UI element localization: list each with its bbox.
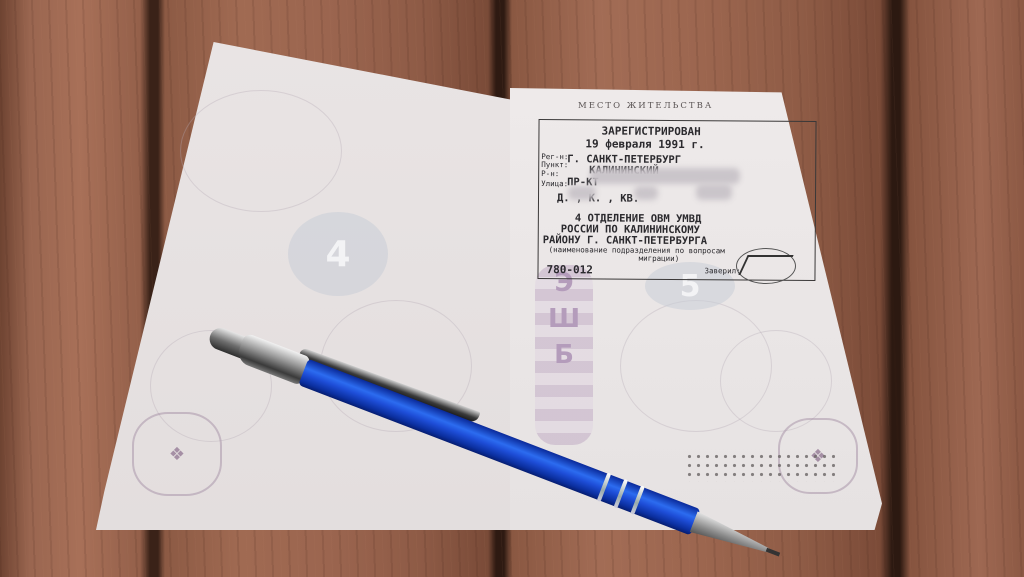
section-title: МЕСТО ЖИТЕЛЬСТВА: [578, 101, 713, 111]
security-band: Э Ш Б: [535, 265, 593, 445]
corner-ornament-left: ❖: [132, 412, 222, 496]
band-letter: Ш: [535, 301, 593, 337]
band-letter: Б: [535, 337, 593, 373]
redacted-street: [590, 168, 740, 184]
redacted-building: [634, 186, 658, 200]
redacted-house: [568, 186, 596, 200]
district-label: Р-н:: [541, 170, 559, 178]
pen-tip: [766, 548, 781, 557]
certified-label: Заверил:: [704, 267, 740, 275]
caption-line1: (наименование подразделения по вопросам: [549, 246, 725, 255]
perforated-serial-number: [685, 452, 835, 482]
stamp-date: 19 февраля 1991 г.: [585, 137, 704, 151]
caption-line2: миграции): [639, 255, 680, 263]
signature: [736, 248, 796, 284]
watermark-swirl: [720, 330, 832, 432]
street-label: Улица:: [541, 180, 568, 188]
redacted-apartment: [696, 184, 732, 200]
stamp-heading: ЗАРЕГИСТРИРОВАН: [601, 124, 700, 138]
watermark-swirl: [180, 90, 342, 212]
department-code: 780-012: [546, 263, 592, 276]
locality-label: Пункт:: [541, 161, 568, 169]
page-number-left: 4: [288, 212, 388, 296]
